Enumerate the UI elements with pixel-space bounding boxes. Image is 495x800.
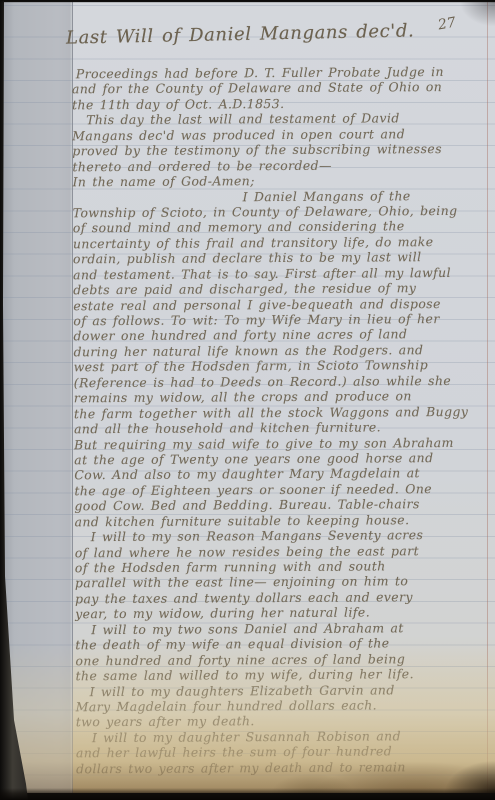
- text-line: the age of Eighteen years or sooner if n…: [74, 481, 492, 499]
- will-body-text: Proceedings had before D. T. Fuller Prob…: [72, 64, 494, 777]
- text-line: (Reference is had to Deeds on Record.) a…: [74, 372, 492, 390]
- text-line: the farm together with all the stock Wag…: [74, 403, 492, 421]
- text-line: of as follows. To wit: To my Wife Mary i…: [73, 311, 491, 329]
- page-number: 27: [437, 15, 457, 34]
- ledger-page: 27 Last Will of Daniel Mangans dec'd. Pr…: [2, 2, 495, 793]
- text-line: dollars two years after my death and to …: [76, 758, 494, 776]
- photo-top-edge: [0, 0, 495, 3]
- text-line: Township of Scioto, in County of Delawar…: [73, 203, 491, 221]
- text-line: uncertainty of this frail and transitory…: [73, 234, 491, 252]
- text-line: and for the County of Delaware and State…: [72, 79, 490, 97]
- text-line: and testament. That is to say. First aft…: [73, 264, 491, 282]
- text-line: proved by the testimony of the subscribi…: [72, 141, 490, 159]
- photo-bottom-edge: [0, 788, 495, 800]
- scanned-ledger-photo: 27 Last Will of Daniel Mangans dec'd. Pr…: [0, 0, 495, 800]
- text-line: at the age of Twenty one years one good …: [74, 450, 492, 468]
